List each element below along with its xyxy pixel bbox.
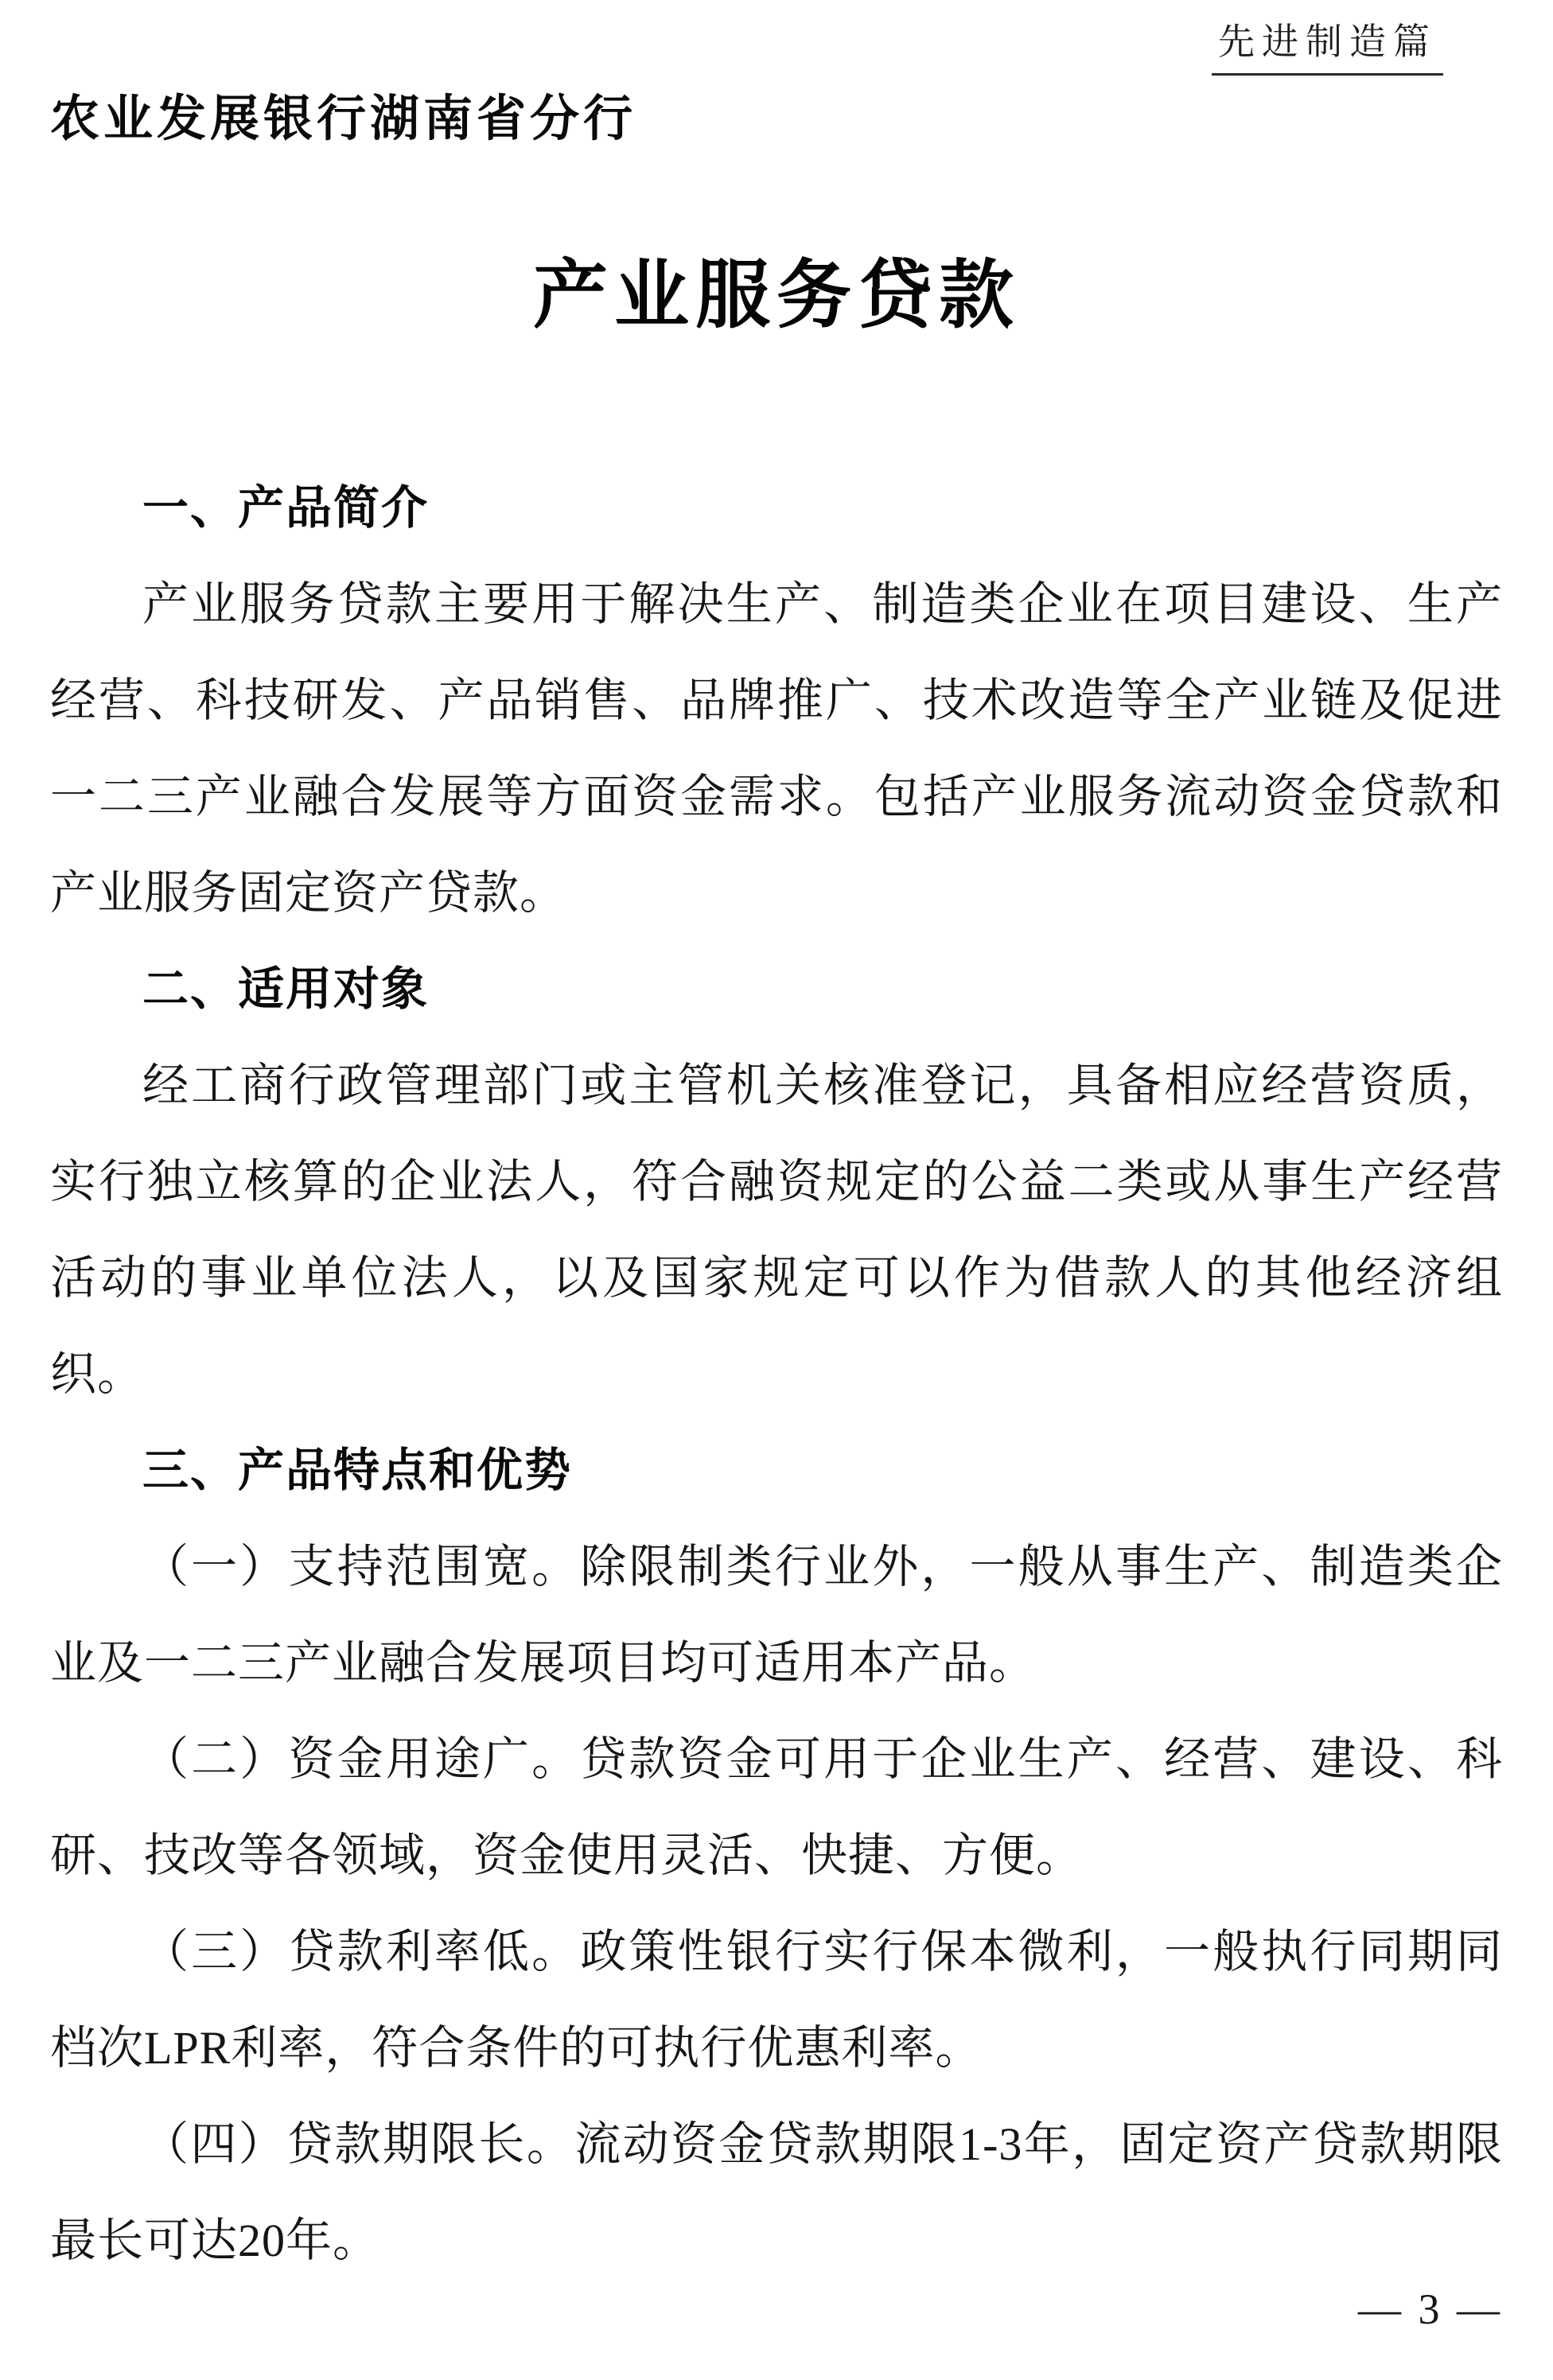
paragraph-product-intro: 产业服务贷款主要用于解决生产、制造类企业在项目建设、生产经营、科技研发、产品销售… xyxy=(50,556,1503,941)
section-heading-features-advantages: 三、产品特点和优势 xyxy=(50,1422,1503,1519)
document-body: 一、产品简介 产业服务贷款主要用于解决生产、制造类企业在项目建设、生产经营、科技… xyxy=(50,460,1503,2289)
page-number: — 3 — xyxy=(1358,2281,1503,2337)
chapter-tag: 先进制造篇 xyxy=(1212,16,1443,76)
paragraph-feature-2: （二）资金用途广。贷款资金可用于企业生产、经营、建设、科研、技改等各领域，资金使… xyxy=(50,1711,1503,1904)
page-title: 产业服务贷款 xyxy=(0,248,1553,344)
bank-name-header: 农业发展银行湖南省分行 xyxy=(50,87,636,151)
paragraph-feature-3: （三）贷款利率低。政策性银行实行保本微利，一般执行同期同档次LPR利率，符合条件… xyxy=(50,1904,1503,2096)
paragraph-feature-4: （四）贷款期限长。流动资金贷款期限1-3年，固定资产贷款期限最长可达20年。 xyxy=(50,2096,1503,2289)
paragraph-feature-1: （一）支持范围宽。除限制类行业外，一般从事生产、制造类企业及一二三产业融合发展项… xyxy=(50,1519,1503,1711)
section-heading-product-intro: 一、产品简介 xyxy=(50,460,1503,556)
section-heading-applicable-targets: 二、适用对象 xyxy=(50,941,1503,1037)
document-page: 先进制造篇 农业发展银行湖南省分行 产业服务贷款 一、产品简介 产业服务贷款主要… xyxy=(0,0,1553,2380)
paragraph-applicable-targets: 经工商行政管理部门或主管机关核准登记，具备相应经营资质，实行独立核算的企业法人，… xyxy=(50,1037,1503,1422)
